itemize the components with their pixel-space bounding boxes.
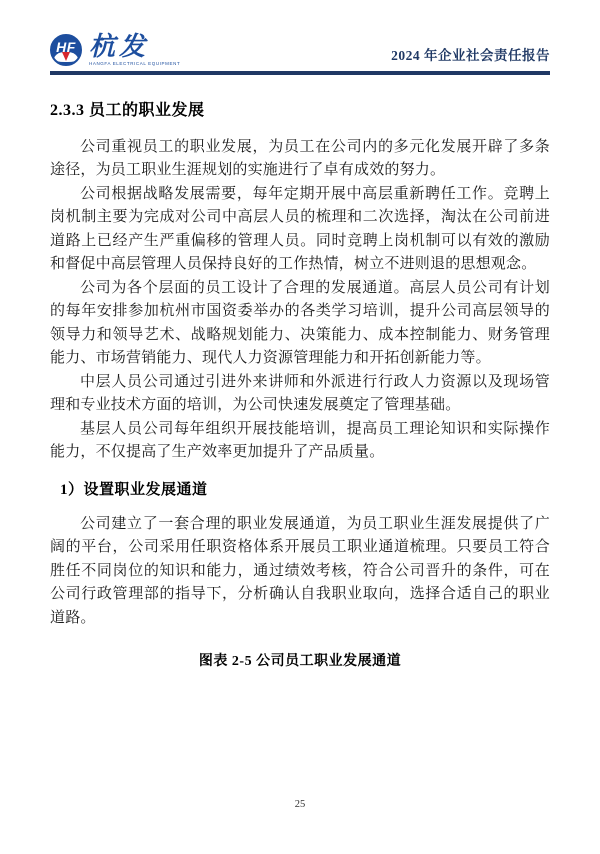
page-number: 25 [295,799,306,810]
paragraph-senior-training: 公司为各个层面的员工设计了合理的发展通道。高层人员公司有计划的每年安排参加杭州市… [50,277,550,371]
brand-name: 杭发 [89,34,180,60]
logo-hf-emblem-icon: HF [50,34,82,66]
figure-caption: 图表 2-5 公司员工职业发展通道 [50,650,550,670]
paragraph-reappointment-mechanism: 公司根据战略发展需要，每年定期开展中高层重新聘任工作。竞聘上岗机制主要为完成对公… [50,183,550,277]
paragraph-frontline-training: 基层人员公司每年组织开展技能培训，提高员工理论知识和实际操作能力，不仅提高了生产… [50,418,550,465]
paragraph-middle-training: 中层人员公司通过引进外来讲师和外派进行行政人力资源以及现场管理和专业技术方面的培… [50,371,550,418]
page-footer: 25 [0,799,600,810]
subsection-heading: 1）设置职业发展通道 [50,478,550,499]
company-logo: HF 杭发 HANGFA ELECTRICAL EQUIPMENT [50,34,180,67]
document-page: HF 杭发 HANGFA ELECTRICAL EQUIPMENT 2024 年… [0,0,600,854]
section-title: 2.3.3 员工的职业发展 [50,97,550,120]
brand-tagline: HANGFA ELECTRICAL EQUIPMENT [89,62,180,67]
page-content: 2.3.3 员工的职业发展 公司重视员工的职业发展，为员工在公司内的多元化发展开… [0,75,600,671]
report-title: 2024 年企业社会责任报告 [391,44,550,67]
paragraph-career-overview: 公司重视员工的职业发展，为员工在公司内的多元化发展开辟了多条途径，为员工职业生涯… [50,136,550,183]
logo-red-wedge-icon [62,52,70,61]
paragraph-career-channel: 公司建立了一套合理的职业发展通道，为员工职业生涯发展提供了广阔的平台，公司采用任… [50,513,550,631]
page-header: HF 杭发 HANGFA ELECTRICAL EQUIPMENT 2024 年… [0,0,600,75]
